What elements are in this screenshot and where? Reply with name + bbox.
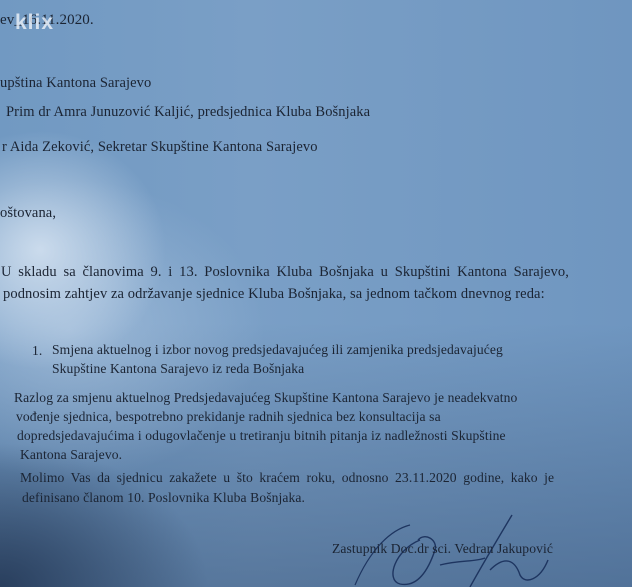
agenda-line-2: Skupštine Kantona Sarajevo iz reda Bošnj… [52,361,304,377]
addressee-line-2: r Aida Zeković, Sekretar Skupštine Kanto… [2,139,318,156]
addressee-line-1: Prim dr Amra Junuzović Kaljić, predsjedn… [6,104,370,121]
recipient-line: upština Kantona Sarajevo [0,75,151,92]
intro-line-2: podnosim zahtjev za održavanje sjednice … [3,286,545,303]
intro-line-1: U skladu sa članovima 9. i 13. Poslovnik… [1,264,569,281]
request-line-1: Molimo Vas da sjednicu zakažete u što kr… [20,470,554,486]
reason-line-4: Kantona Sarajevo. [20,447,122,463]
reason-line-2: vođenje sjednica, bespotrebno prekidanje… [16,409,441,425]
salutation: oštovana, [0,205,56,222]
agenda-line-1: Smjena aktuelnog i izbor novog predsjeda… [52,342,503,358]
request-line-2: definisano članom 10. Poslovnika Kluba B… [22,490,305,506]
reason-line-3: dopredsjedavajućima i odugovlačenje u tr… [17,428,506,444]
klix-watermark-logo: klix [15,11,54,35]
reason-line-1: Razlog za smjenu aktuelnog Predsjedavaju… [14,390,517,406]
signature-name: Zastupnik Doc.dr sci. Vedran Jakupović [332,541,553,557]
agenda-number: 1. [32,343,42,359]
